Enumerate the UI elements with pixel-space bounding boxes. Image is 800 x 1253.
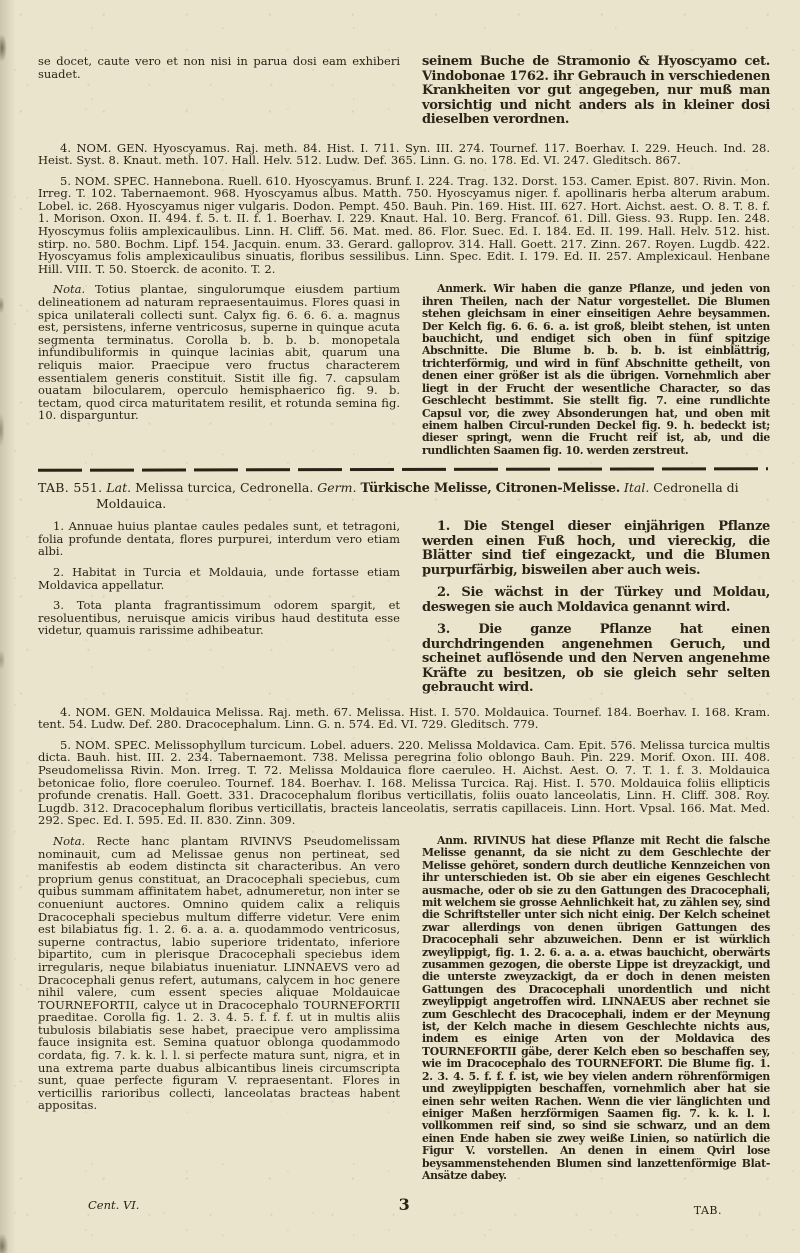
latin-item-3: 3. Tota planta fragrantissimum odorem sp… [38,599,400,637]
nota-text: Recte hanc plantam RIVINVS Pseudomelissa… [38,834,400,1112]
hyoscyamus-nom-gen-citation: 4. NOM. GEN. Hyoscyamus. Raj. meth. 84. … [38,142,770,167]
intro-section: se docet, caute vero et non nisi in paru… [38,55,770,128]
melissa-items-german-column: 1. Die Stengel dieser einjährigen Pflanz… [422,520,770,696]
german-item-1: 1. Die Stengel dieser einjährigen Pflanz… [422,520,770,578]
sheet-signature-mark: 3 [399,1195,410,1214]
anmerk-label: Anmerk. [437,282,486,295]
melissa-nom-spec-citation: 5. NOM. SPEC. Melissophyllum turcicum. L… [38,739,770,827]
hyoscyamus-nota-latin: Nota. Totius plantae, singulorumque eius… [38,283,400,457]
german-item-2: 2. Sie wächst in der Türkey und Moldau, … [422,586,770,615]
melissa-anm-german: Anm. RIVINUS hat diese Pflanze mit Recht… [422,835,770,1182]
volume-signature: Cent. VI. [88,1198,139,1212]
anm-label: Anm. [437,834,467,847]
tab-number: TAB. 551. [38,480,102,495]
german-item-3: 3. Die ganze Pflanze hat einen durchdrin… [422,623,770,696]
page-footer: Cent. VI. 3 TAB. [38,1198,770,1224]
page-gutter-shadow [0,0,16,1253]
hyoscyamus-nota-section: Nota. Totius plantae, singulorumque eius… [38,283,770,457]
book-page: se docet, caute vero et non nisi in paru… [0,0,800,1253]
anm-text: RIVINUS hat diese Pflanze mit Recht die … [422,834,770,1182]
melissa-items-section: 1. Annuae huius plantae caules pedales s… [38,520,770,696]
hyoscyamus-nom-spec-citation: 5. NOM. SPEC. Hannebona. Ruell. 610. Hyo… [38,175,770,276]
tab-551-heading: TAB. 551. Lat. Melissa turcica, Cedronel… [38,480,770,511]
melissa-nom-gen-citation: 4. NOM. GEN. Moldauica Melissa. Raj. met… [38,706,770,731]
section-divider-rule [38,467,768,472]
nota-text: Totius plantae, singulorumque eiusdem pa… [38,282,400,422]
latin-item-1: 1. Annuae huius plantae caules pedales s… [38,520,400,558]
melissa-nota-latin: Nota. Recte hanc plantam RIVINVS Pseudom… [38,835,400,1182]
intro-german-paragraph: seinem Buche de Stramonio & Hyoscyamo ce… [422,55,770,128]
catchword: TAB. [694,1204,722,1217]
latin-item-2: 2. Habitat in Turcia et Moldauia, unde f… [38,566,400,591]
anmerk-text: Wir haben die ganze Pflanze, und jeden v… [422,282,770,456]
melissa-nota-section: Nota. Recte hanc plantam RIVINVS Pseudom… [38,835,770,1182]
lat-label: Lat. [106,480,131,495]
hyoscyamus-anmerk-german: Anmerk. Wir haben die ganze Pflanze, und… [422,283,770,457]
intro-latin-paragraph: se docet, caute vero et non nisi in paru… [38,55,400,128]
melissa-items-latin-column: 1. Annuae huius plantae caules pedales s… [38,520,400,696]
lat-names: Melissa turcica, Cedronella. [135,480,313,495]
ital-label: Ital. [624,480,649,495]
germ-names: Türkische Melisse, Citronen-Melisse. [360,481,619,496]
germ-label: Germ. [317,480,356,495]
